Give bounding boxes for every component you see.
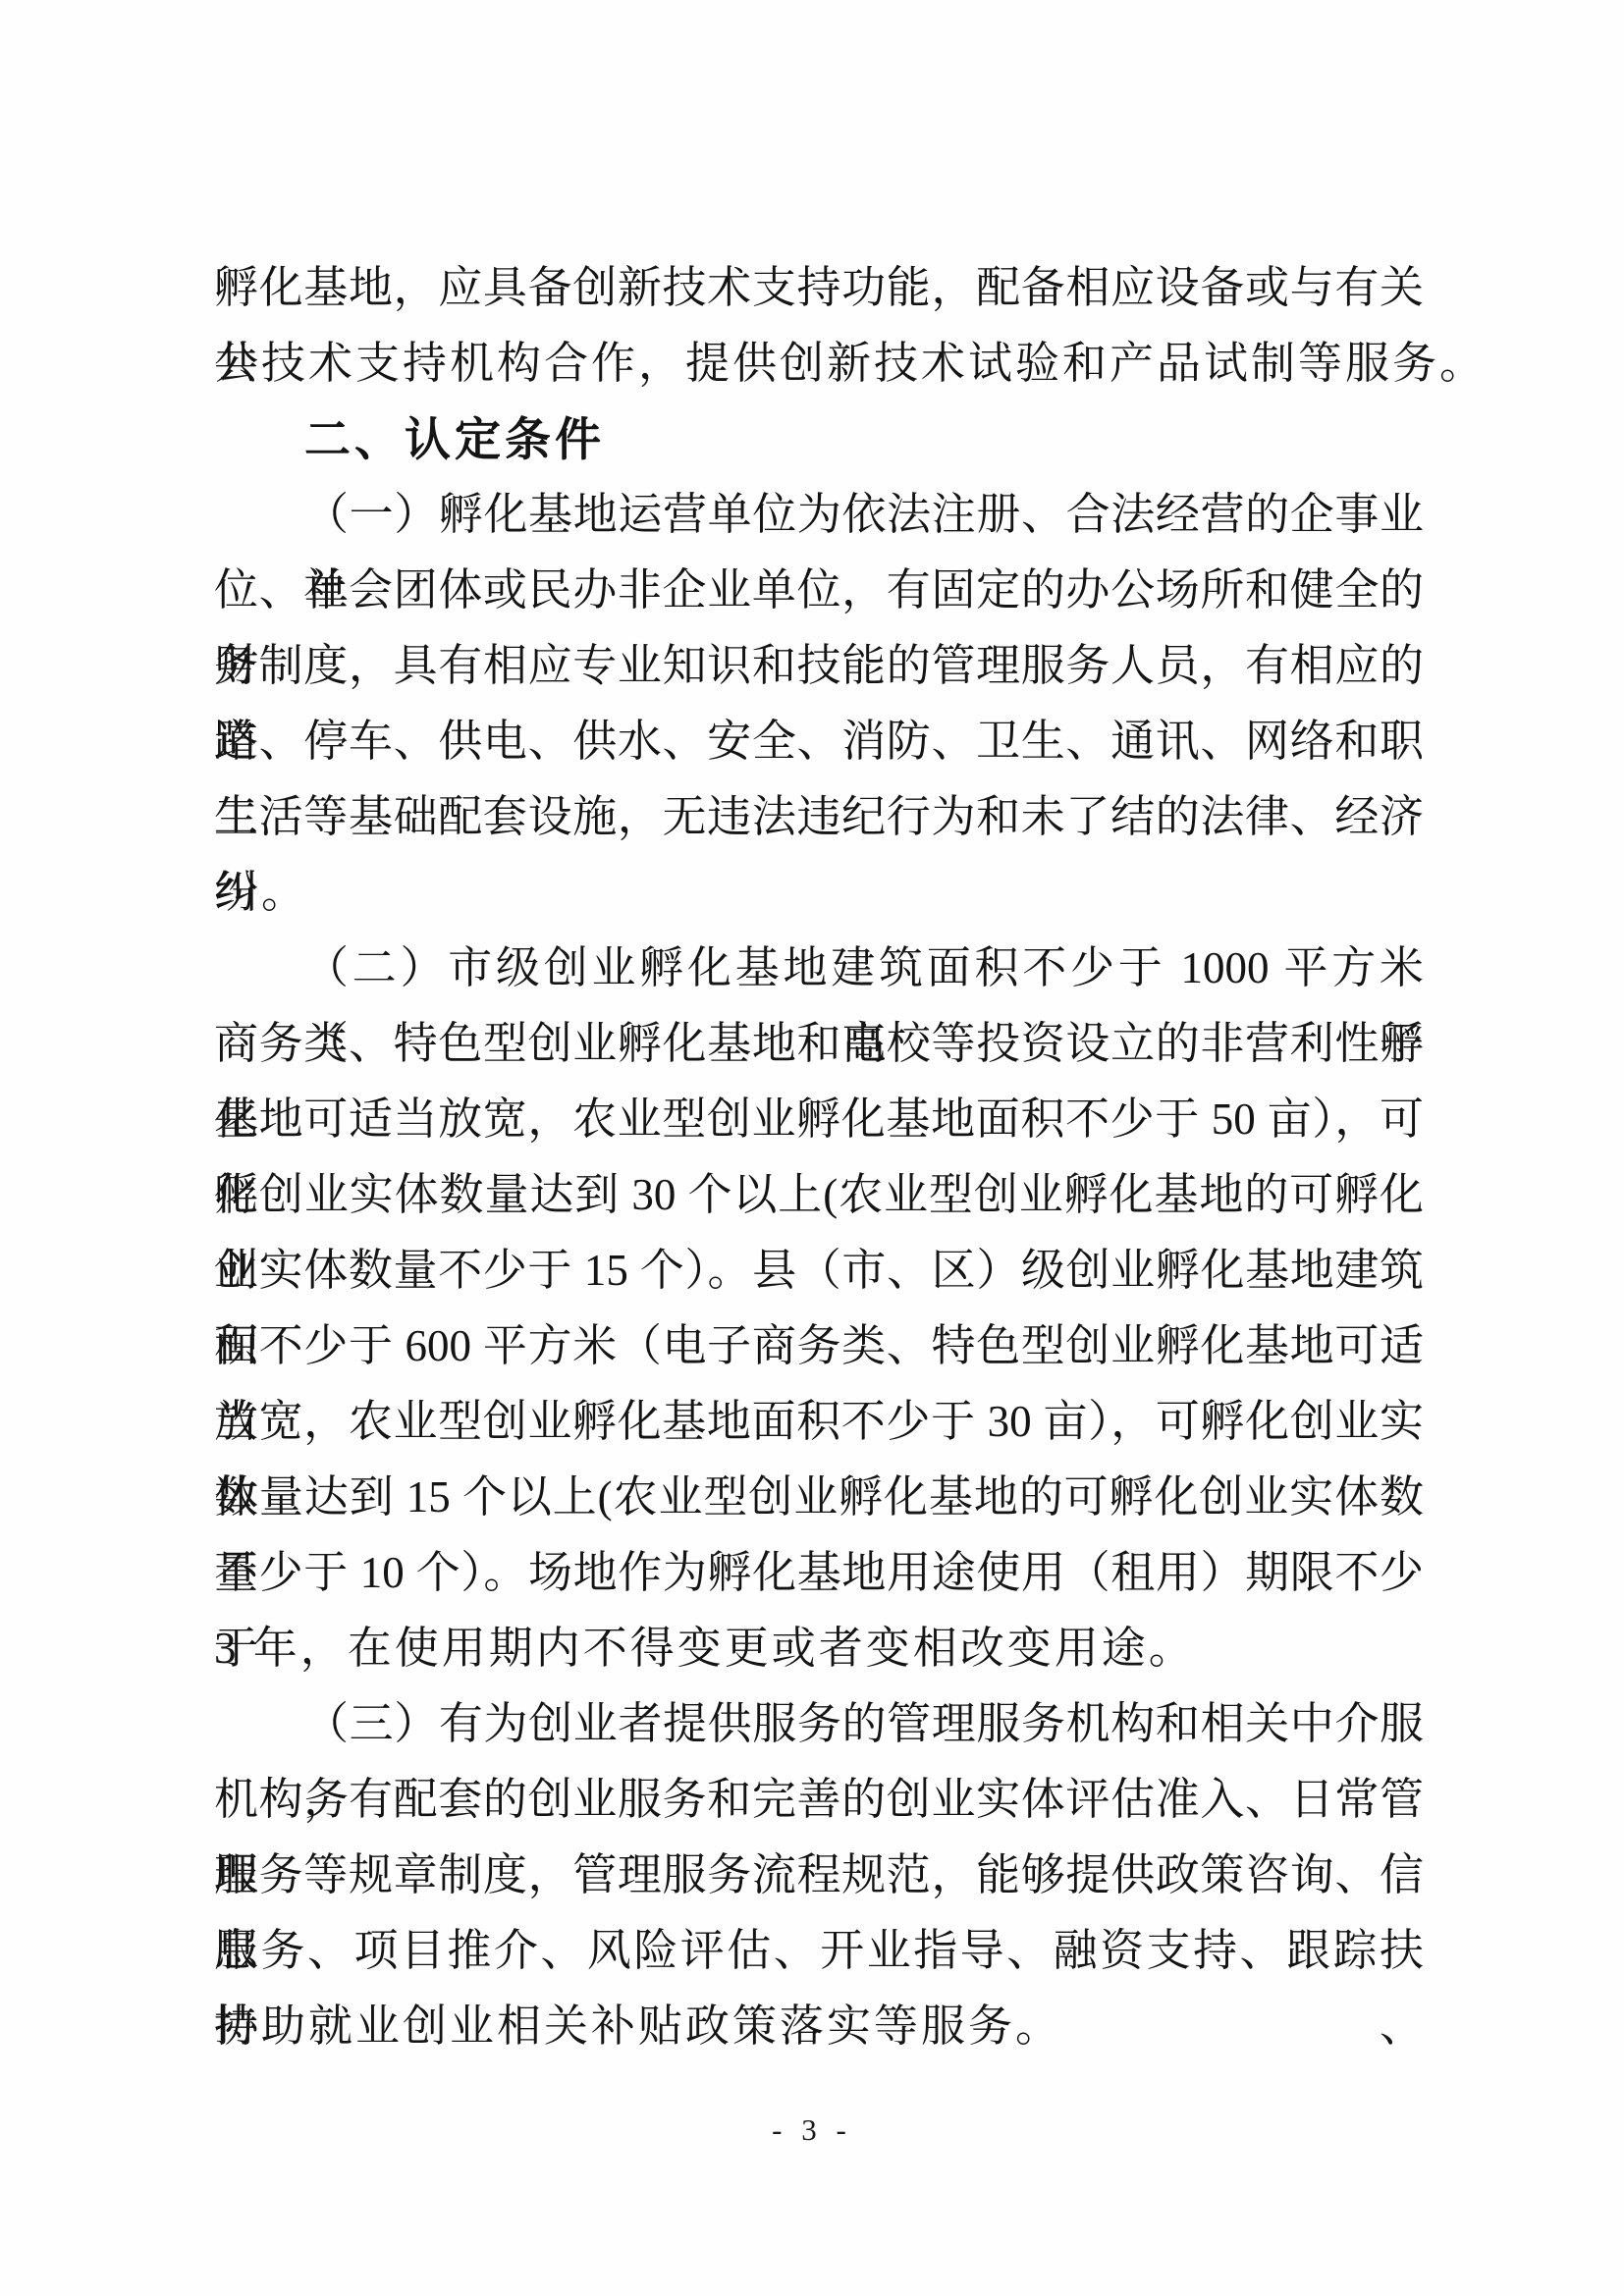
text-line: 孵化基地，应具备创新技术支持功能，配备相应设备或与有关公	[214, 250, 1424, 326]
text-line: （一）孵化基地运营单位为依法注册、合法经营的企事业单	[214, 477, 1424, 553]
page-number: - 3 -	[0, 2112, 1624, 2148]
text-line: 基地可适当放宽，农业型创业孵化基地面积不少于 50 亩），可孵	[214, 1082, 1424, 1157]
text-line: 业实体数量不少于 15 个）。县（市、区）级创业孵化基地建筑面	[214, 1233, 1424, 1308]
text-line: 路、停车、供电、供水、安全、消防、卫生、通讯、网络和职工	[214, 704, 1424, 779]
text-line: 3 年，在使用期内不得变更或者变相改变用途。	[214, 1611, 1424, 1686]
text-line: 位、社会团体或民办非企业单位，有固定的办公场所和健全的财	[214, 553, 1424, 628]
text-line: 放宽，农业型创业孵化基地面积不少于 30 亩），可孵化创业实体	[214, 1384, 1424, 1460]
text-line: （二）市级创业孵化基地建筑面积不少于 1000 平方米（电子	[214, 931, 1424, 1006]
section-heading: 二、认定条件	[214, 401, 1424, 477]
text-line: 共技术支持机构合作，提供创新技术试验和产品试制等服务。	[214, 326, 1424, 401]
text-line: 服务、项目推介、风险评估、开业指导、融资支持、跟踪扶持、	[214, 1913, 1424, 1989]
text-line: 机构，有配套的创业服务和完善的创业实体评估准入、日常管理	[214, 1762, 1424, 1838]
text-line: 纷。	[214, 855, 1424, 931]
document-text-block: 孵化基地，应具备创新技术支持功能，配备相应设备或与有关公 共技术支持机构合作，提…	[214, 250, 1424, 2064]
text-line: 不少于 10 个）。场地作为孵化基地用途使用（租用）期限不少于	[214, 1535, 1424, 1611]
text-line: 化创业实体数量达到 30 个以上(农业型创业孵化基地的可孵化创	[214, 1157, 1424, 1233]
text-line: （三）有为创业者提供服务的管理服务机构和相关中介服务	[214, 1686, 1424, 1762]
text-line: 数量达到 15 个以上(农业型创业孵化基地的可孵化创业实体数量	[214, 1460, 1424, 1535]
text-line: 服务等规章制度，管理服务流程规范，能够提供政策咨询、信息	[214, 1838, 1424, 1913]
text-line: 积不少于 600 平方米（电子商务类、特色型创业孵化基地可适当	[214, 1308, 1424, 1384]
document-page: 孵化基地，应具备创新技术支持功能，配备相应设备或与有关公 共技术支持机构合作，提…	[0, 0, 1624, 2296]
text-line: 生活等基础配套设施，无违法违纪行为和未了结的法律、经济纠	[214, 779, 1424, 855]
text-line: 商务类、特色型创业孵化基地和高校等投资设立的非营利性孵化	[214, 1006, 1424, 1082]
text-line: 务制度，具有相应专业知识和技能的管理服务人员，有相应的道	[214, 628, 1424, 704]
